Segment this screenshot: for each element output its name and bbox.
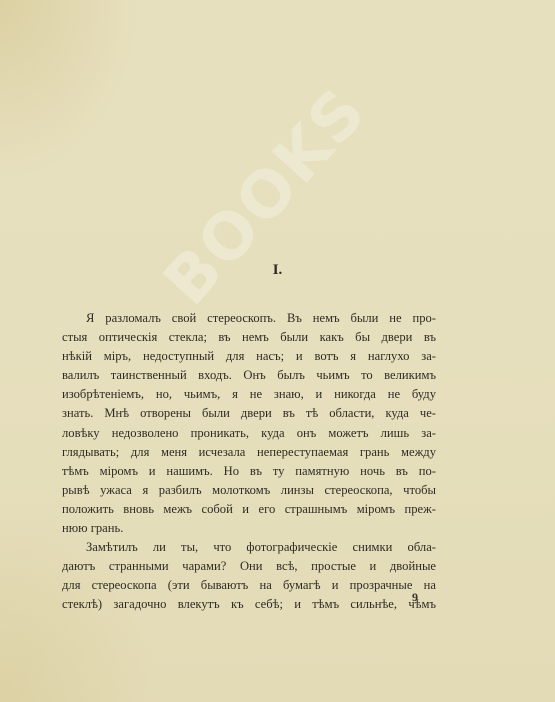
book-page: BOOKS I. Я разломалъ свой стереоскопъ. В… — [0, 0, 555, 702]
text-line: положить вновь межъ собой и его страшным… — [62, 500, 436, 519]
text-line: знать. Мнѣ отворены были двери въ тѣ обл… — [62, 404, 436, 423]
text-line: стеклѣ) загадочно влекутъ къ себѣ; и тѣм… — [62, 595, 436, 614]
text-line: даютъ странными чарами? Они всѣ, простые… — [62, 557, 436, 576]
text-line: тѣмъ міромъ и нашимъ. Но въ ту памятную … — [62, 462, 436, 481]
body-text: Я разломалъ свой стереоскопъ. Въ немъ бы… — [62, 309, 436, 615]
text-line: глядывать; для меня исчезала непереступа… — [62, 443, 436, 462]
text-line: Замѣтилъ ли ты, что фотографическіе сним… — [62, 538, 436, 557]
text-line: валилъ таинственный входъ. Онъ былъ чьим… — [62, 366, 436, 385]
text-line: для стереоскопа (эти бываютъ на бумагѣ и… — [62, 576, 436, 595]
text-line: рывѣ ужаса я разбилъ молоткомъ линзы сте… — [62, 481, 436, 500]
watermark: BOOKS — [150, 74, 381, 319]
text-line: Я разломалъ свой стереоскопъ. Въ немъ бы… — [62, 309, 436, 328]
text-line: ловѣку недозволено проникать, куда онъ м… — [62, 424, 436, 443]
text-line: нюю грань. — [62, 519, 436, 538]
text-line: стыя оптическія стекла; въ немъ были как… — [62, 328, 436, 347]
chapter-heading: I. — [0, 262, 555, 279]
text-line: изобрѣтеніемъ, но, чьимъ, я не знаю, и н… — [62, 385, 436, 404]
text-line: нѣкій міръ, недоступный для насъ; и вотъ… — [62, 347, 436, 366]
page-number: 9 — [412, 590, 418, 605]
